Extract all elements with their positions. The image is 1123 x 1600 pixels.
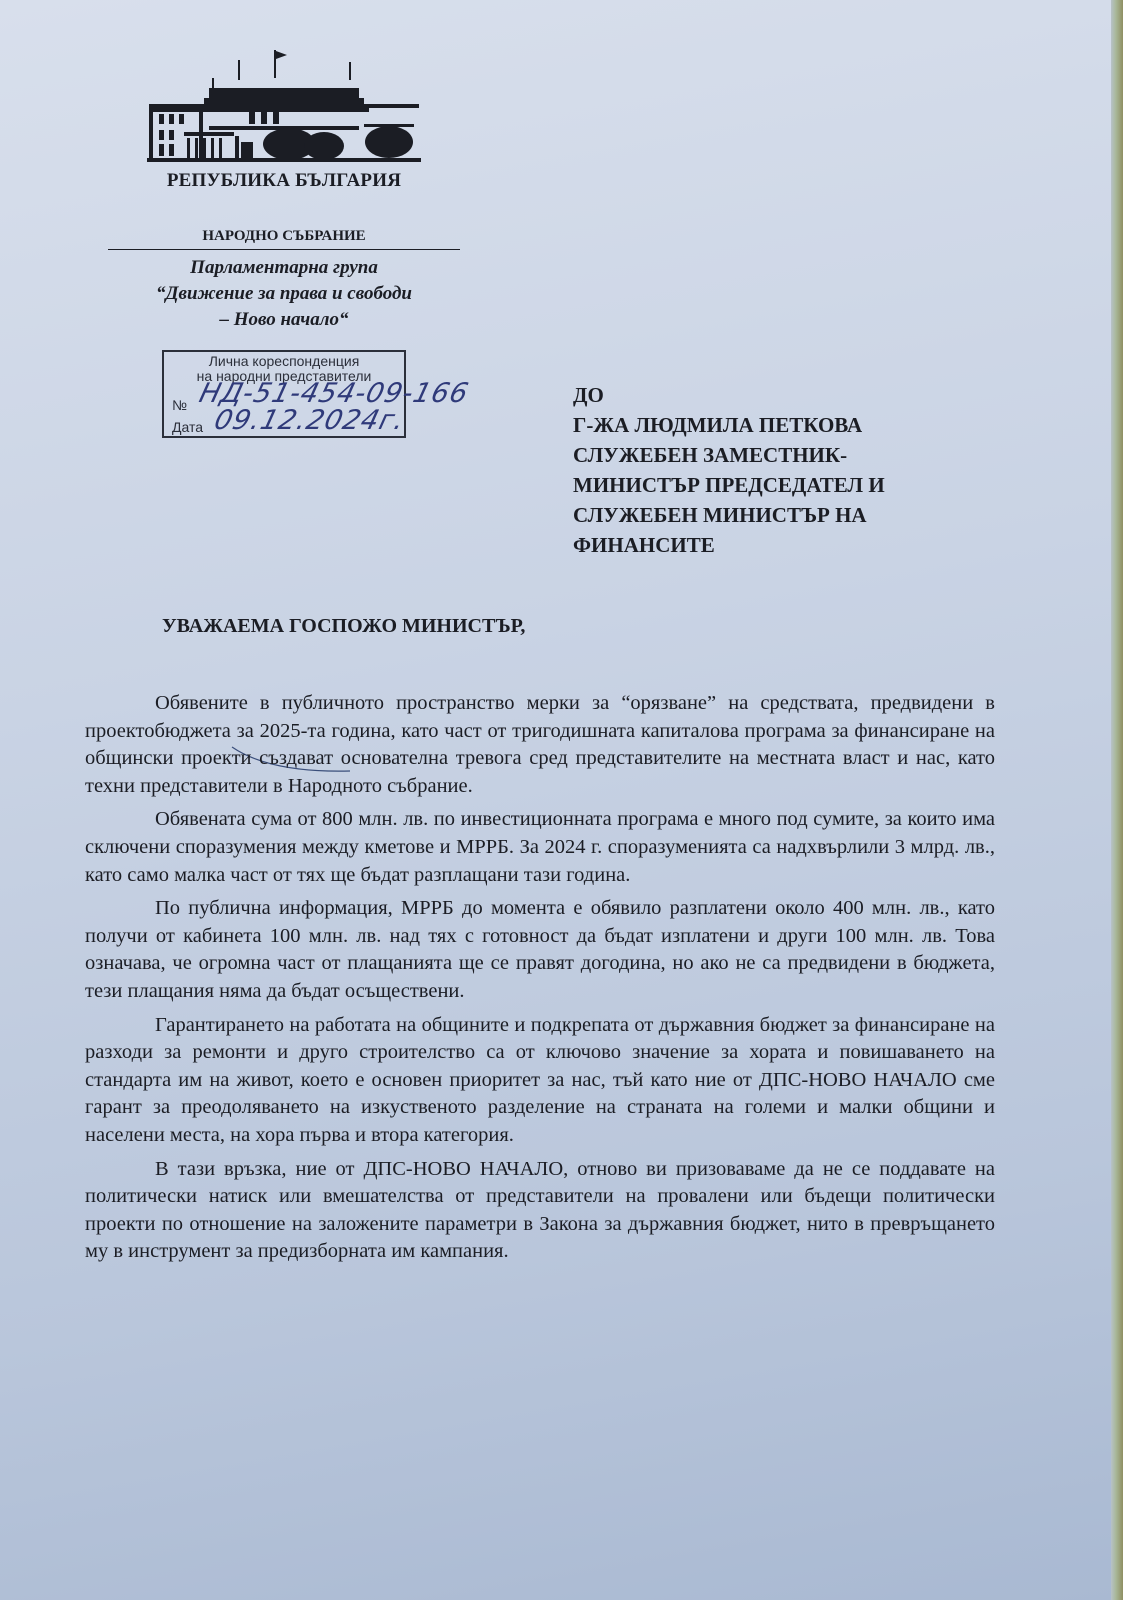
- body-paragraph: Гарантирането на работата на общините и …: [85, 1012, 995, 1150]
- stamp-title-line-1: Лична кореспонденция: [168, 354, 400, 369]
- letter-body: Обявените в публичното пространство мерк…: [85, 690, 995, 1272]
- addressee-line: ФИНАНСИТЕ: [573, 530, 885, 560]
- salutation: УВАЖАЕМА ГОСПОЖО МИНИСТЪР,: [162, 615, 525, 638]
- registration-date: 09.12.2024г.: [211, 405, 408, 436]
- paper-edge: [1111, 0, 1123, 1600]
- parliament-building-icon: [139, 48, 429, 166]
- body-paragraph: По публична информация, МРРБ до момента …: [85, 895, 995, 1005]
- header-divider: [108, 249, 460, 250]
- institution-name: НАРОДНО СЪБРАНИЕ: [108, 228, 460, 245]
- body-paragraph: Обявената сума от 800 млн. лв. по инвест…: [85, 806, 995, 889]
- addressee-block: ДО Г-ЖА ЛЮДМИЛА ПЕТКОВА СЛУЖЕБЕН ЗАМЕСТН…: [573, 380, 885, 560]
- letter-page: РЕПУБЛИКА БЪЛГАРИЯ НАРОДНО СЪБРАНИЕ Парл…: [0, 0, 1123, 1600]
- addressee-line: СЛУЖЕБЕН МИНИСТЪР НА: [573, 500, 885, 530]
- addressee-line: МИНИСТЪР ПРЕДСЕДАТЕЛ И: [573, 470, 885, 500]
- body-paragraph: В тази връзка, ние от ДПС-НОВО НАЧАЛО, о…: [85, 1156, 995, 1266]
- addressee-line: Г-ЖА ЛЮДМИЛА ПЕТКОВА: [573, 410, 885, 440]
- body-paragraph: Обявените в публичното пространство мерк…: [85, 690, 995, 800]
- stamp-date-label: Дата: [172, 420, 203, 435]
- country-name: РЕПУБЛИКА БЪЛГАРИЯ: [108, 170, 460, 192]
- addressee-line: ДО: [573, 380, 885, 410]
- parliamentary-group-line-1: Парламентарна група: [108, 255, 460, 281]
- letterhead: РЕПУБЛИКА БЪЛГАРИЯ НАРОДНО СЪБРАНИЕ Парл…: [108, 48, 460, 333]
- stamp-number-label: №: [172, 398, 187, 413]
- parliamentary-group-line-2: “Движение за права и свободи: [108, 281, 460, 307]
- parliamentary-group-line-3: – Ново начало“: [108, 307, 460, 333]
- addressee-line: СЛУЖЕБЕН ЗАМЕСТНИК-: [573, 440, 885, 470]
